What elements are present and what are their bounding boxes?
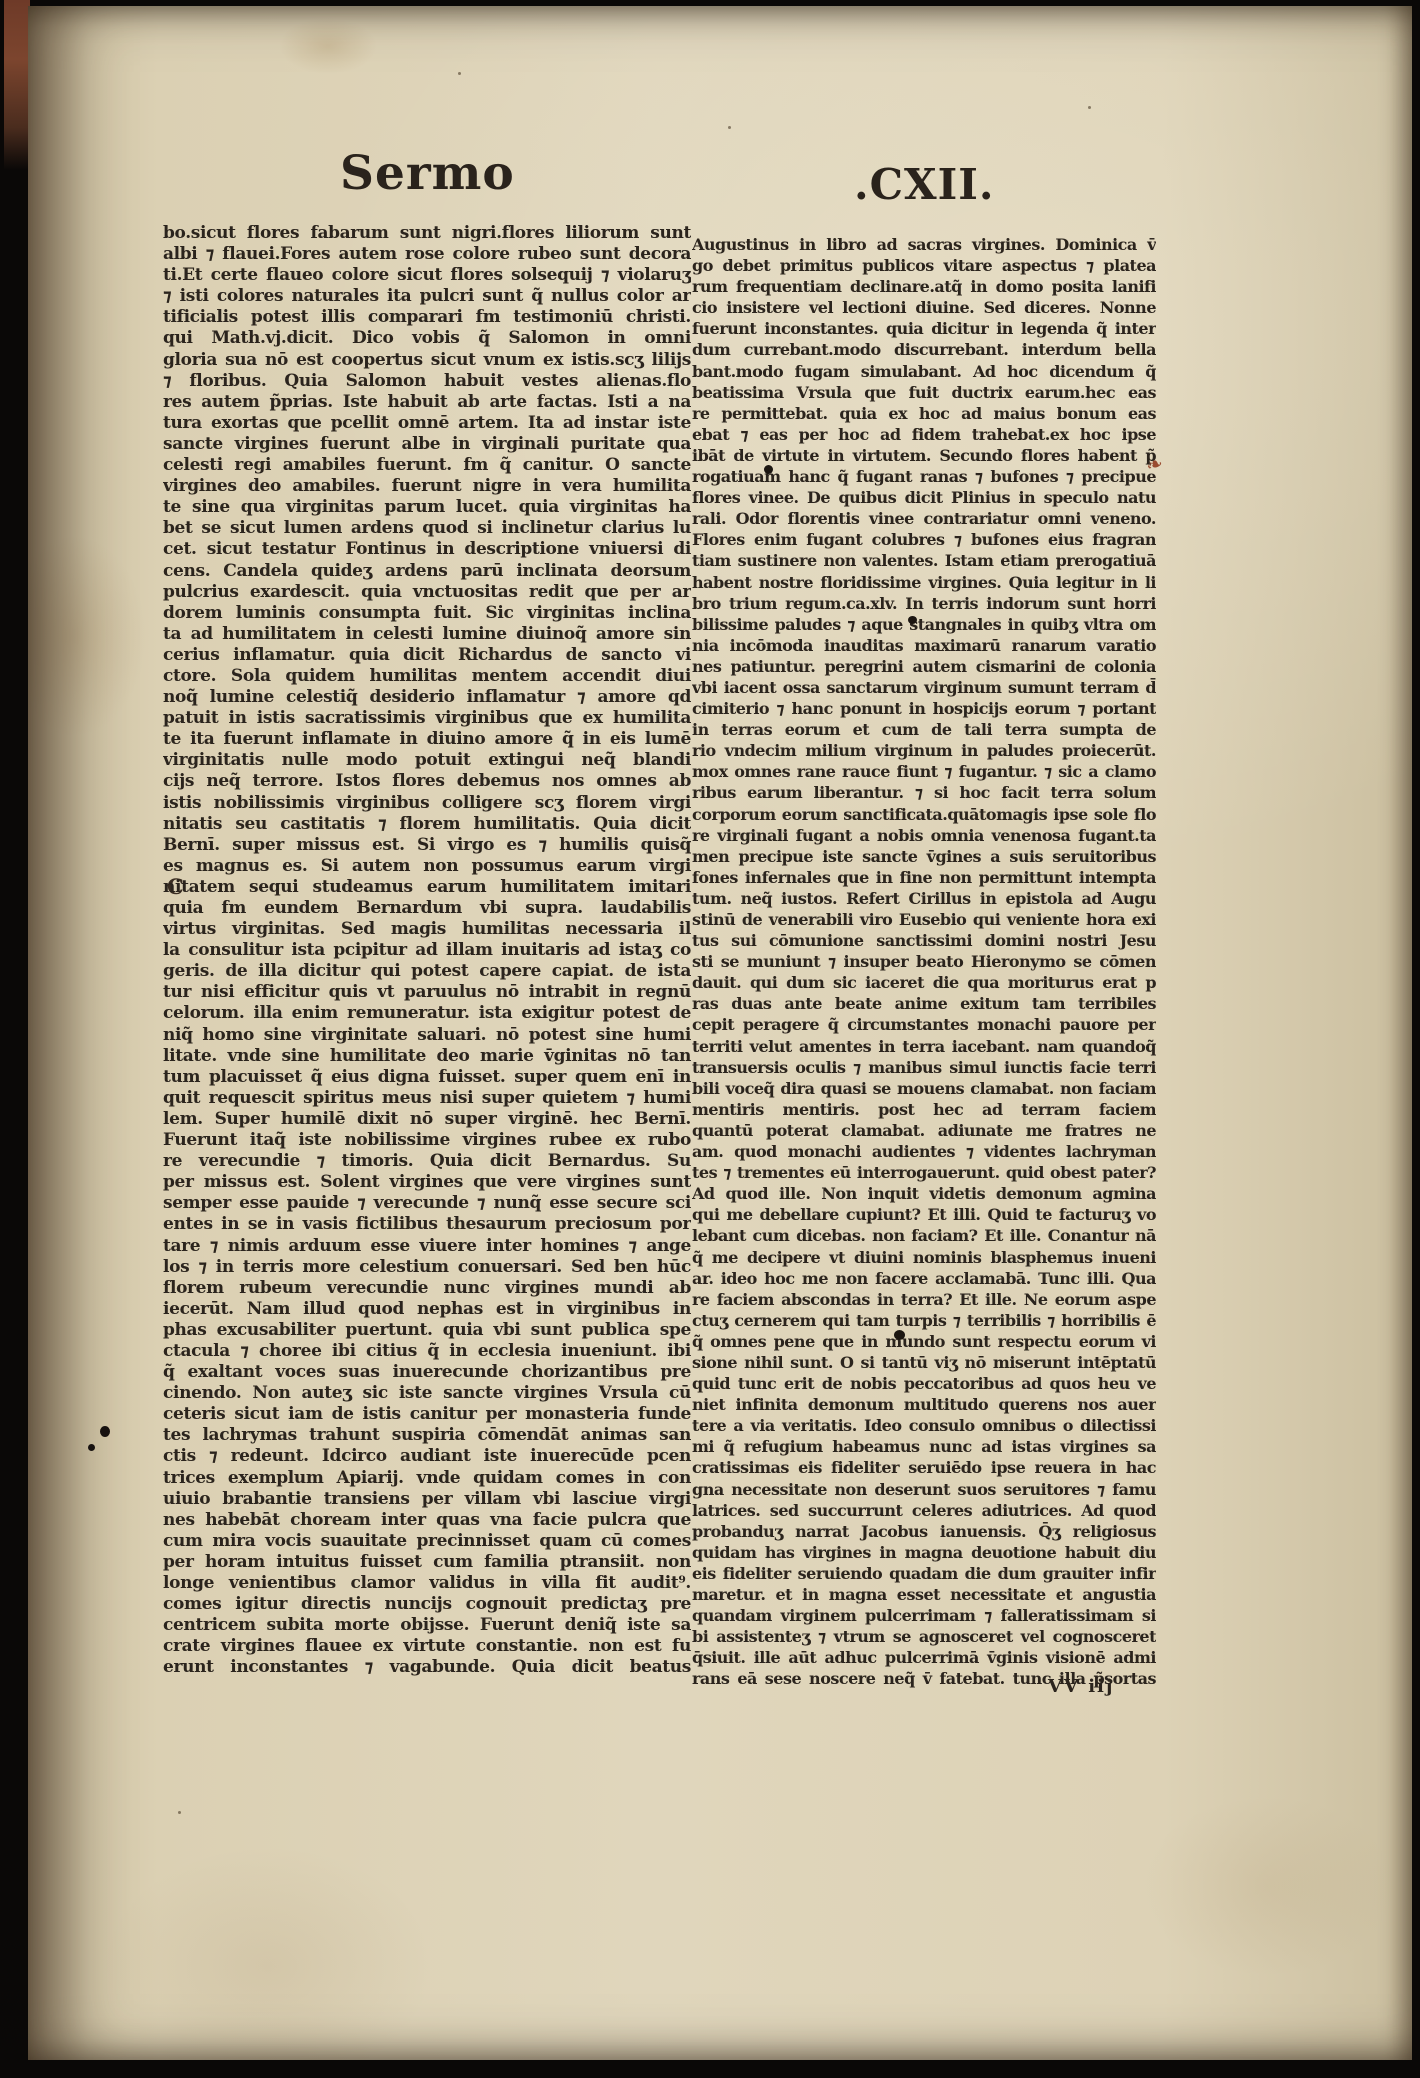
text-line: Ad quod ille. Non inquit videtis demonum… <box>692 1183 1156 1204</box>
text-line: cepit peragere q̃ circumstantes monachi … <box>692 1014 1156 1035</box>
text-line: ebat ⁊ eas per hoc ad fidem trahebat.ex … <box>692 424 1156 445</box>
text-line: re faciem abscondas in terra? Et ille. N… <box>692 1289 1156 1310</box>
text-line: habent nostre floridissime virgines. Qui… <box>692 572 1156 593</box>
text-line: uiuio brabantie transiens per villam vbi… <box>163 1489 691 1510</box>
text-line: cinendo. Non auteʒ sic iste sancte virgi… <box>163 1383 691 1404</box>
text-line: stinū de venerabili viro Eusebio qui ven… <box>692 909 1156 930</box>
text-line: qui me debellare cupiunt? Et illi. Quid … <box>692 1204 1156 1225</box>
text-line: Bernī. super missus est. Si virgo es ⁊ h… <box>163 835 691 856</box>
text-line: fones infernales que in fine non permitt… <box>692 867 1156 888</box>
text-line: tere a via veritatis. Ideo consulo omnib… <box>692 1415 1156 1436</box>
text-line: niet infinita demonum multitudo querens … <box>692 1394 1156 1415</box>
text-line: probanduʒ narrat Jacobus ianuensis. Q̄ʒ … <box>692 1521 1156 1542</box>
folio-number: .CXII. <box>854 160 995 209</box>
text-line: te ita fuerunt inflamate in diuino amore… <box>163 729 691 750</box>
left-text-column: bo.sicut flores fabarum sunt nigri.flore… <box>163 223 691 1678</box>
text-line: beatissima Vrsula que fuit ductrix earum… <box>692 382 1156 403</box>
text-line: dorem luminis consumpta fuit. Sic virgin… <box>163 603 691 624</box>
text-line: gloria sua nō est coopertus sicut vnum e… <box>163 350 691 371</box>
right-text-column: Augustinus in libro ad sacras virgines. … <box>692 234 1156 1689</box>
text-line: ctore. Sola quidem humilitas mentem acce… <box>163 666 691 687</box>
text-line: comes igitur directis nuncijs cognouit p… <box>163 1594 691 1615</box>
text-line: per missus est. Solent virgines que vere… <box>163 1172 691 1193</box>
text-line: ⁊ isti colores naturales ita pulcri sunt… <box>163 286 691 307</box>
text-line: bi assistenteʒ ⁊ vtrum se agnosceret vel… <box>692 1626 1156 1647</box>
text-line: Augustinus in libro ad sacras virgines. … <box>692 234 1156 255</box>
text-line: cratissimas eis fideliter seruiēdo ipse … <box>692 1457 1156 1478</box>
text-line: nes patiuntur. peregrini autem cismarini… <box>692 656 1156 677</box>
text-line: ibāt de virtute in virtutem. Secundo flo… <box>692 445 1156 466</box>
text-line: gna necessitate non deserunt suos seruit… <box>692 1479 1156 1500</box>
text-line: la consulitur ista pcipitur ad illam inu… <box>163 940 691 961</box>
text-line: go debet primitus publicos vitare aspect… <box>692 255 1156 276</box>
text-line: mi q̃ refugium habeamus nunc ad istas vi… <box>692 1436 1156 1457</box>
quire-signature: VV iij <box>1048 1676 1114 1697</box>
text-line: quantū poterat clamabat. adiunate me fra… <box>692 1120 1156 1141</box>
text-line: men precipue iste sancte v̄gines a suis … <box>692 846 1156 867</box>
text-line: bro trium regum.ca.xlv. In terris indoru… <box>692 593 1156 614</box>
text-line: nia incōmoda inauditas maximarū ranarum … <box>692 635 1156 656</box>
text-line: te sine qua virginitas parum lucet. quia… <box>163 497 691 518</box>
text-line: lebant cum dicebas. non faciam? Et ille.… <box>692 1225 1156 1246</box>
text-line: ctis ⁊ redeunt. Idcirco audiant iste inu… <box>163 1446 691 1467</box>
text-line: am. quod monachi audientes ⁊ videntes la… <box>692 1141 1156 1162</box>
ink-blot <box>100 1426 110 1437</box>
text-line: virginitatis nulle modo potuit extingui … <box>163 750 691 771</box>
text-line: bet se sicut lumen ardens quod si inclin… <box>163 518 691 539</box>
text-line: cimiterio ⁊ hanc ponunt in hospicijs eor… <box>692 698 1156 719</box>
text-line: bo.sicut flores fabarum sunt nigri.flore… <box>163 223 691 244</box>
text-line: in terras eorum et cum de tali terra sum… <box>692 719 1156 740</box>
text-line: per horam intuitus fuisset cum familia p… <box>163 1552 691 1573</box>
text-line: phas excusabiliter puertunt. quia vbi su… <box>163 1320 691 1341</box>
text-line: cet. sicut testatur Fontinus in descript… <box>163 539 691 560</box>
text-line: cum mira vocis suauitate precinnisset qu… <box>163 1531 691 1552</box>
text-line: celesti regi amabiles fuerunt. fm q̃ can… <box>163 455 691 476</box>
text-line: cio insistere vel lectioni diuine. Sed d… <box>692 297 1156 318</box>
text-line: q̃ exaltant voces suas inuerecunde chori… <box>163 1362 691 1383</box>
text-line: tes lachrymas trahunt suspiria cōmendāt … <box>163 1425 691 1446</box>
text-line: niq̃ homo sine virginitate saluari. nō p… <box>163 1025 691 1046</box>
text-line: iecerūt. Nam illud quod nephas est in vi… <box>163 1299 691 1320</box>
text-line: quid tunc erit de nobis peccatoribus ad … <box>692 1373 1156 1394</box>
paper-speck <box>178 1811 181 1814</box>
text-line: tes ⁊ trementes eū interrogauerunt. quid… <box>692 1162 1156 1183</box>
text-line: erunt inconstantes ⁊ vagabunde. Quia dic… <box>163 1657 691 1678</box>
text-line: sione nihil sunt. O si tantū viʒ nō mise… <box>692 1352 1156 1373</box>
text-line: dauit. qui dum sic iaceret die qua morit… <box>692 972 1156 993</box>
text-line: tur nisi efficitur quis vt paruulus nō i… <box>163 982 691 1003</box>
text-line: florem rubeum verecundie nunc virgines m… <box>163 1278 691 1299</box>
text-line: tificialis potest illis comparari fm tes… <box>163 307 691 328</box>
text-line: mentiris mentiris. post hec ad terram fa… <box>692 1099 1156 1120</box>
text-line: corporum eorum sanctificata.quātomagis i… <box>692 804 1156 825</box>
text-line: q̃ omnes pene que in mundo sunt respectu… <box>692 1331 1156 1352</box>
text-line: cijs neq̃ terrore. Istos flores debemus … <box>163 771 691 792</box>
text-line: sancte virgines fuerunt albe in virginal… <box>163 434 691 455</box>
text-line: istis nobilissimis virginibus colligere … <box>163 793 691 814</box>
text-line: bili voceq̃ dira quasi se mouens clamaba… <box>692 1078 1156 1099</box>
text-line: dum currebant.modo discurrebant. interdu… <box>692 339 1156 360</box>
text-line: ctacula ⁊ choree ibi citius q̃ in eccles… <box>163 1341 691 1362</box>
text-line: re verecundie ⁊ timoris. Quia dicit Bern… <box>163 1151 691 1172</box>
text-line: celorum. illa enim remuneratur. ista exi… <box>163 1003 691 1024</box>
text-line: noq̃ lumine celestiq̃ desiderio inflamat… <box>163 687 691 708</box>
text-line: re virginali fugant a nobis omnia veneno… <box>692 825 1156 846</box>
text-line: ti.Et certe flaueo colore sicut flores s… <box>163 265 691 286</box>
text-line: es magnus es. Si autem non possumus earu… <box>163 856 691 877</box>
text-line: res autem p̃prias. Iste habuit ab arte f… <box>163 392 691 413</box>
scan-background: Sermo .CXII. C ❧ bo.sicut flores fabarum… <box>0 0 1420 2078</box>
text-line: eis fideliter seruiendo quadam die dum g… <box>692 1563 1156 1584</box>
paper-speck <box>458 72 461 75</box>
text-line: vbi iacent ossa sanctarum virginum sumun… <box>692 677 1156 698</box>
text-line: rum frequentiam declinare.atq̃ in domo p… <box>692 276 1156 297</box>
text-line: ribus earum liberantur. ⁊ si hoc facit t… <box>692 782 1156 803</box>
text-line: qui Math.vj.dicit. Dico vobis q̃ Salomon… <box>163 328 691 349</box>
text-line: quia fm eundem Bernardum vbi supra. laud… <box>163 898 691 919</box>
text-line: ta ad humilitatem in celesti lumine diui… <box>163 624 691 645</box>
text-line: nitatem sequi studeamus earum humilitate… <box>163 877 691 898</box>
text-line: latrices. sed succurrunt celeres adiutri… <box>692 1500 1156 1521</box>
text-line: ras duas ante beate anime exitum tam ter… <box>692 993 1156 1014</box>
ink-blot <box>764 465 773 474</box>
text-line: q̄siuit. ille aūt adhuc pulcerrimā v̄gin… <box>692 1647 1156 1668</box>
text-line: re permittebat. quia ex hoc ad maius bon… <box>692 403 1156 424</box>
text-line: nes habebāt choream inter quas vna facie… <box>163 1510 691 1531</box>
text-line: tus sui cōmunione sanctissimi domini nos… <box>692 930 1156 951</box>
text-line: rogatiuam hanc q̃ fugant ranas ⁊ bufones… <box>692 466 1156 487</box>
ink-blot <box>894 1330 905 1340</box>
text-line: centricem subita morte obijsse. Fuerunt … <box>163 1615 691 1636</box>
text-line: maretur. et in magna esset necessitate e… <box>692 1584 1156 1605</box>
text-line: virgines deo amabiles. fuerunt nigre in … <box>163 476 691 497</box>
ink-blot <box>908 616 917 624</box>
book-page: Sermo .CXII. C ❧ bo.sicut flores fabarum… <box>28 6 1412 2060</box>
text-line: sti se muniunt ⁊ insuper beato Hieronymo… <box>692 951 1156 972</box>
running-title: Sermo <box>340 146 515 201</box>
book-fore-edge <box>4 0 30 170</box>
text-line: transuersis oculis ⁊ manibus simul iunct… <box>692 1057 1156 1078</box>
text-line: tum placuisset q̃ eius digna fuisset. su… <box>163 1067 691 1088</box>
text-line: longe venientibus clamor validus in vill… <box>163 1573 691 1594</box>
text-line: rali. Odor florentis vinee contrariatur … <box>692 508 1156 529</box>
text-line: ctuʒ cernerem qui tam turpis ⁊ terribili… <box>692 1310 1156 1331</box>
text-line: los ⁊ in terris more celestium conuersar… <box>163 1257 691 1278</box>
text-line: nitatis seu castitatis ⁊ florem humilita… <box>163 814 691 835</box>
text-line: pulcrius exardescit. quia vnctuositas re… <box>163 582 691 603</box>
text-line: tura exortas que pcellit omnē artem. Ita… <box>163 413 691 434</box>
text-line: rio vndecim milium virginum in paludes p… <box>692 740 1156 761</box>
text-line: trices exemplum Apiarij. vnde quidam com… <box>163 1468 691 1489</box>
text-line: virtus virginitas. Sed magis humilitas n… <box>163 919 691 940</box>
text-line: tum. neq̃ iustos. Refert Cirillus in epi… <box>692 888 1156 909</box>
text-line: crate virgines flauee ex virtute constan… <box>163 1636 691 1657</box>
text-line: quandam virginem pulcerrimam ⁊ fallerati… <box>692 1605 1156 1626</box>
text-line: territi velut amentes in terra iacebant.… <box>692 1036 1156 1057</box>
text-line: Fuerunt itaq̃ iste nobilissime virgines … <box>163 1130 691 1151</box>
text-line: bilissime paludes ⁊ aque stangnales in q… <box>692 614 1156 635</box>
text-line: flores vinee. De quibus dicit Plinius in… <box>692 487 1156 508</box>
text-line: cens. Candela quideʒ ardens parū inclina… <box>163 561 691 582</box>
text-line: quit requescit spiritus meus nisi super … <box>163 1088 691 1109</box>
text-line: ⁊ floribus. Quia Salomon habuit vestes a… <box>163 371 691 392</box>
text-line: entes in se in vasis fictilibus thesauru… <box>163 1214 691 1235</box>
text-line: ar. ideo hoc me non facere acclamabā. Tu… <box>692 1268 1156 1289</box>
text-line: litate. vnde sine humilitate deo marie v… <box>163 1046 691 1067</box>
text-line: lem. Super humilē dixit nō super virginē… <box>163 1109 691 1130</box>
text-line: albi ⁊ flauei.Fores autem rose colore ru… <box>163 244 691 265</box>
text-line: Flores enim fugant colubres ⁊ bufones ei… <box>692 529 1156 550</box>
paper-speck <box>1088 106 1091 109</box>
text-line: tiam sustinere non valentes. Istam etiam… <box>692 550 1156 571</box>
text-line: patuit in istis sacratissimis virginibus… <box>163 708 691 729</box>
text-line: quidam has virgines in magna deuotione h… <box>692 1542 1156 1563</box>
text-line: semper esse pauide ⁊ verecunde ⁊ nunq̃ e… <box>163 1193 691 1214</box>
text-line: mox omnes rane rauce fiunt ⁊ fugantur. ⁊… <box>692 761 1156 782</box>
text-line: q̃ me decipere vt diuini nominis blasphe… <box>692 1247 1156 1268</box>
text-line: tare ⁊ nimis arduum esse viuere inter ho… <box>163 1236 691 1257</box>
text-line: fuerunt inconstantes. quia dicitur in le… <box>692 318 1156 339</box>
text-line: geris. de illa dicitur qui potest capere… <box>163 961 691 982</box>
text-line: bant.modo fugam simulabant. Ad hoc dicen… <box>692 361 1156 382</box>
ink-blot <box>88 1444 95 1451</box>
paper-speck <box>728 126 731 129</box>
text-line: ceteris sicut iam de istis canitur per m… <box>163 1404 691 1425</box>
text-line: cerius inflamatur. quia dicit Richardus … <box>163 645 691 666</box>
